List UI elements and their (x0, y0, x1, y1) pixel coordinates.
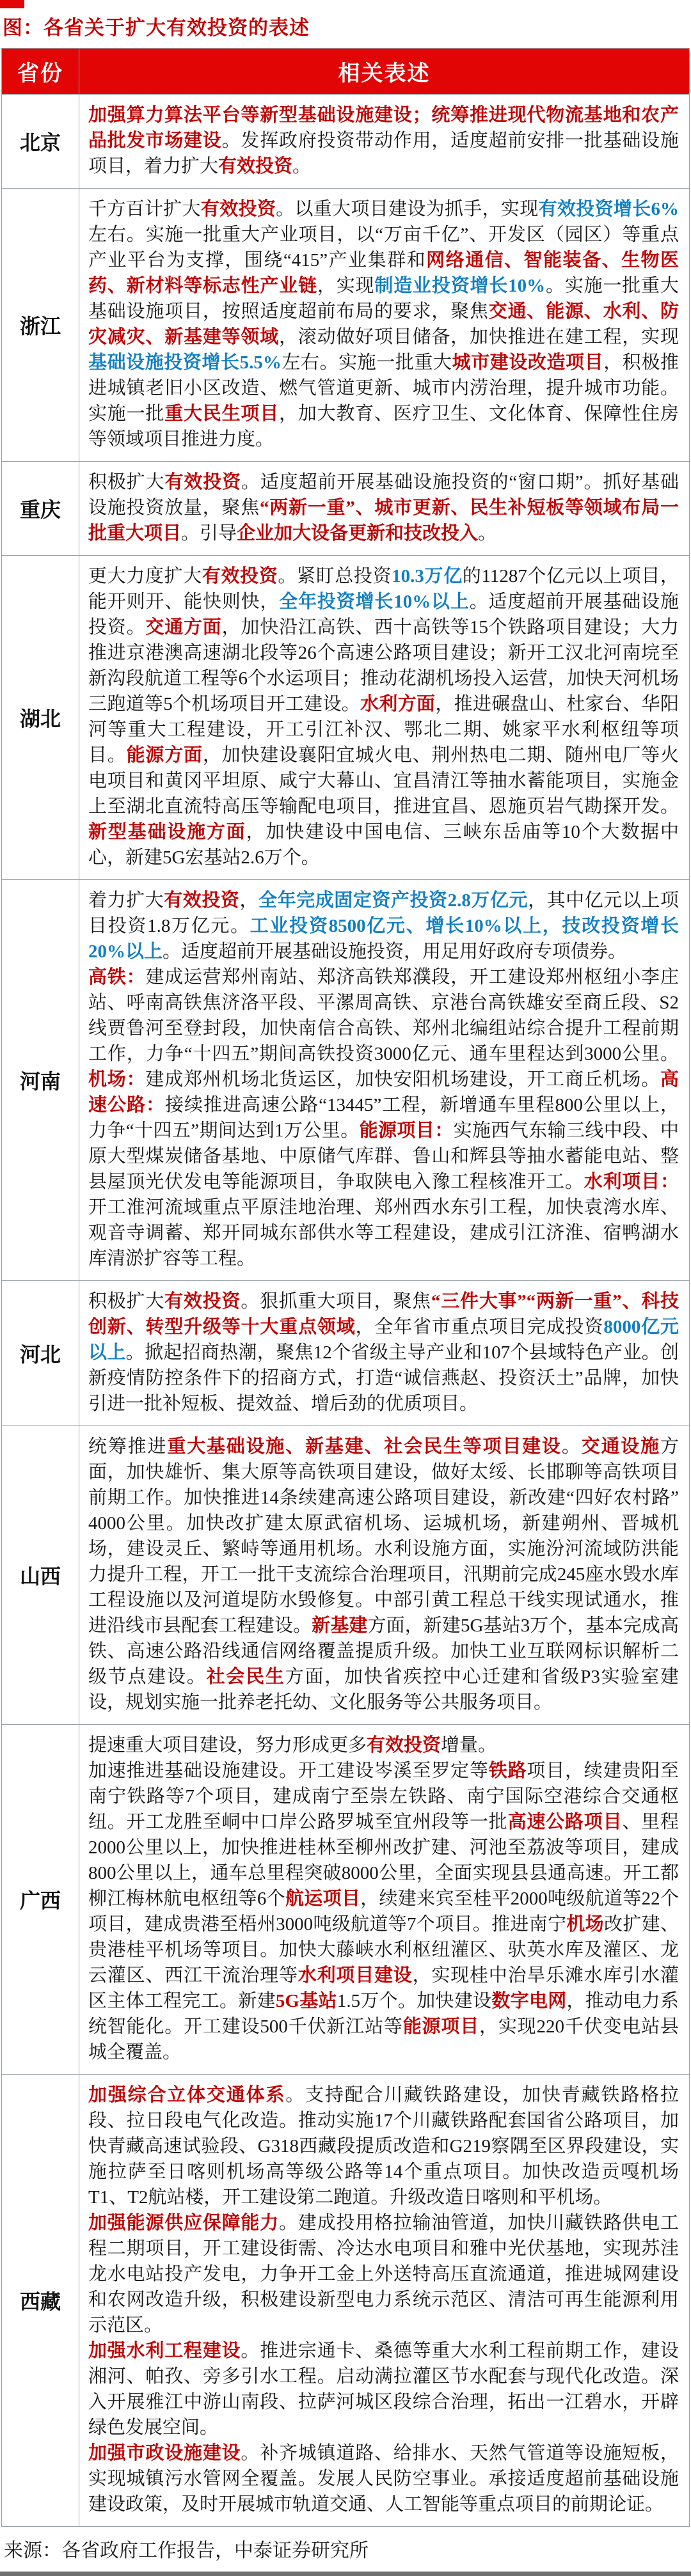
text-segment: 企业加大设备更新和技改投入 (237, 523, 478, 544)
text-segment: 。以重大项目建设为抓手，实现 (276, 199, 538, 219)
statement-cell: 加强算力算法平台等新型基础设施建设；统筹推进现代物流基地和农产品批发市场建设。发… (79, 95, 690, 189)
text-segment: 有效投资 (164, 890, 239, 911)
text-segment: 有效投资 (165, 472, 242, 492)
text-segment: 高铁： (88, 967, 145, 987)
text-segment: 加强能源供应保障能力 (88, 2213, 279, 2233)
text-segment: 加速推进基础设施建设。开工建设岑溪至罗定等 (88, 1761, 489, 1781)
text-segment: 交通方面 (145, 617, 221, 638)
text-segment: 水利项目： (584, 1172, 679, 1192)
text-segment: 。紧盯总投资 (278, 566, 392, 586)
province-cell: 山西 (2, 1426, 79, 1725)
text-segment: 千方百计扩大 (88, 199, 201, 219)
statement-cell: 积极扩大有效投资。狠抓重大项目，聚焦“三件大事”“两新一重”、科技创新、转型升级… (79, 1281, 690, 1426)
text-segment: 10.3万亿 (392, 566, 463, 586)
table-row: 河北积极扩大有效投资。狠抓重大项目，聚焦“三件大事”“两新一重”、科技创新、转型… (2, 1281, 690, 1426)
table-row: 浙江千方百计扩大有效投资。以重大项目建设为抓手，实现有效投资增长6%左右。实施一… (2, 189, 690, 462)
text-segment: 航运项目 (285, 1889, 360, 1909)
province-cell: 重庆 (2, 462, 79, 556)
province-cell: 河南 (2, 880, 79, 1281)
text-segment: 全年投资增长10%以上 (279, 592, 469, 612)
text-segment: 城市建设改造项目 (452, 352, 604, 373)
text-segment: 高速公路项目 (508, 1812, 623, 1832)
text-segment: 加强水利工程建设 (88, 2341, 241, 2361)
statement-paragraph: 积极扩大有效投资。适度超前开展基础设施投资的“窗口期”。抓好基础设施投资放量，聚… (88, 469, 679, 546)
text-segment: 能源方面 (127, 745, 203, 766)
corner-red-chip (0, 0, 24, 8)
text-segment: 提速重大项目建设，努力形成更多 (88, 1735, 367, 1755)
text-segment: 有效投资 (201, 199, 276, 219)
text-segment: 有效投资 (164, 1291, 241, 1312)
text-segment: 交通设施 (582, 1436, 660, 1457)
statement-paragraph: 着力扩大有效投资，全年完成固定资产投资2.8万亿元，其中亿元以上项目投资1.8万… (88, 888, 679, 964)
statement-paragraph: 加强算力算法平台等新型基础设施建设；统筹推进现代物流基地和农产品批发市场建设。发… (88, 102, 679, 179)
text-segment: 新型基础设施方面 (88, 822, 246, 842)
text-segment: 全年完成固定资产投资2.8万亿元 (258, 890, 528, 911)
statement-paragraph: 加强水利工程建设。推进宗通卡、桑德等重大水利工程前期工作，建设湘河、帕孜、旁多引… (88, 2338, 679, 2440)
statement-paragraph: 积极扩大有效投资。狠抓重大项目，聚焦“三件大事”“两新一重”、科技创新、转型升级… (88, 1289, 679, 1417)
statement-paragraph: 加强综合立体交通体系。支持配合川藏铁路建设，加快青藏铁路格拉段、拉日段电气化改造… (88, 2082, 679, 2210)
text-segment: 有效投资 (367, 1735, 441, 1755)
text-segment: ，实现 (317, 276, 374, 296)
statement-paragraph: 加速推进基础设施建设。开工建设岑溪至罗定等铁路项目，续建贵阳至南宁铁路等7个项目… (88, 1758, 679, 2065)
text-segment: ， (239, 890, 258, 911)
text-segment: 。掀起招商热潮，聚焦12个省级主导产业和107个县域特色产业。创新疫情防控条件下… (88, 1342, 679, 1414)
text-segment: 水利项目建设 (298, 1965, 413, 1986)
source-note: 来源：各省政府工作报告，中泰证券研究所 (0, 2527, 691, 2572)
text-segment: ，滚动做好项目储备，加快推进在建工程，实现 (279, 327, 679, 347)
text-segment: 。 (292, 156, 311, 177)
text-segment: 能源项目： (360, 1120, 454, 1141)
text-segment: 建成郑州机场北货运区，加快安阳机场建设，开工商丘机场。 (145, 1069, 660, 1090)
table-header: 省份 相关表述 (2, 49, 690, 95)
text-segment: 能源项目 (403, 2016, 479, 2037)
text-segment: 数字电网 (491, 1991, 566, 2011)
statement-cell: 统筹推进重大基础设施、新基建、社会民生等项目建设。交通设施方面，加快雄忻、集大原… (79, 1426, 690, 1725)
statement-cell: 加强综合立体交通体系。支持配合川藏铁路建设，加快青藏铁路格拉段、拉日段电气化改造… (79, 2075, 690, 2527)
statement-paragraph: 加强市政设施建设。补齐城镇道路、给排水、天然气管道等设施短板，实现城镇污水管网全… (88, 2440, 679, 2517)
text-segment: 重大基础设施、新基建、社会民生等项目建设 (167, 1436, 562, 1457)
table-body: 北京加强算力算法平台等新型基础设施建设；统筹推进现代物流基地和农产品批发市场建设… (2, 95, 690, 2527)
text-segment: 1.5万个。加快建设 (337, 1991, 492, 2011)
table-row: 北京加强算力算法平台等新型基础设施建设；统筹推进现代物流基地和农产品批发市场建设… (2, 95, 690, 189)
text-segment: 机场： (88, 1069, 145, 1090)
text-segment: 有效投资 (202, 566, 278, 586)
statements-table: 省份 相关表述 北京加强算力算法平台等新型基础设施建设；统筹推进现代物流基地和农… (1, 48, 690, 2527)
text-segment: 铁路 (489, 1761, 527, 1781)
text-segment: 。适度超前开展基础设施投资，用足用好政府专项债券。 (163, 941, 626, 962)
text-segment: 增量。 (441, 1735, 496, 1755)
text-segment: 新基建 (312, 1615, 367, 1636)
text-segment: 水利方面 (360, 694, 435, 714)
statement-paragraph: 更大力度扩大有效投资。紧盯总投资10.3万亿的11287个亿元以上项目，能开则开… (88, 563, 679, 870)
text-segment: 重大民生项目 (164, 404, 279, 424)
text-segment: 。 (478, 523, 496, 544)
province-cell: 北京 (2, 95, 79, 189)
column-header-statement: 相关表述 (79, 49, 690, 95)
text-segment: 。 (562, 1436, 582, 1457)
text-segment: 建成运营郑州南站、郑济高铁郑濮段，开工建设郑州枢纽小李庄站、呼南高铁焦济洛平段、… (88, 967, 679, 1064)
statement-cell: 提速重大项目建设，努力形成更多有效投资增量。加速推进基础设施建设。开工建设岑溪至… (79, 1725, 690, 2075)
text-segment: 制造业投资增长10% (374, 276, 545, 296)
text-segment: 方面，加快雄忻、集大原等高铁项目建设，做好太绥、长邯聊等高铁项目前期工作。加快推… (88, 1436, 679, 1636)
province-cell: 河北 (2, 1281, 79, 1426)
statement-cell: 千方百计扩大有效投资。以重大项目建设为抓手，实现有效投资增长6%左右。实施一批重… (79, 189, 690, 462)
column-header-province: 省份 (2, 49, 79, 95)
table-row: 西藏加强综合立体交通体系。支持配合川藏铁路建设，加快青藏铁路格拉段、拉日段电气化… (2, 2075, 690, 2527)
province-cell: 湖北 (2, 556, 79, 880)
text-segment: 统筹推进 (88, 1436, 167, 1457)
table-row: 河南着力扩大有效投资，全年完成固定资产投资2.8万亿元，其中亿元以上项目投资1.… (2, 880, 690, 1281)
text-segment: 。狠抓重大项目，聚焦 (241, 1291, 431, 1312)
text-segment: 左右。实施一批重大 (282, 352, 452, 373)
text-segment: 加强市政设施建设 (88, 2443, 241, 2463)
text-segment: 着力扩大 (88, 890, 164, 911)
statement-paragraph: 高铁：建成运营郑州南站、郑济高铁郑濮段，开工建设郑州枢纽小李庄站、呼南高铁焦济洛… (88, 964, 679, 1271)
text-segment: 5G基站 (276, 1991, 337, 2011)
table-row: 重庆积极扩大有效投资。适度超前开展基础设施投资的“窗口期”。抓好基础设施投资放量… (2, 462, 690, 556)
text-segment: 积极扩大 (88, 1291, 164, 1312)
statement-paragraph: 加强能源供应保障能力。建成投用格拉输油管道，加快川藏铁路供电工程二期项目，开工建… (88, 2210, 679, 2338)
statement-paragraph: 千方百计扩大有效投资。以重大项目建设为抓手，实现有效投资增长6%左右。实施一批重… (88, 196, 679, 452)
text-segment: ，全年省市重点项目完成投资 (356, 1317, 604, 1337)
statement-paragraph: 统筹推进重大基础设施、新基建、社会民生等项目建设。交通设施方面，加快雄忻、集大原… (88, 1434, 679, 1715)
page-title: 图：各省关于扩大有效投资的表述 (3, 12, 691, 40)
text-segment: 基础设施投资增长5.5% (88, 352, 282, 373)
text-segment: 。引导 (181, 523, 237, 544)
text-segment: 更大力度扩大 (88, 566, 202, 586)
province-cell: 广西 (2, 1725, 79, 2075)
table-row: 湖北更大力度扩大有效投资。紧盯总投资10.3万亿的11287个亿元以上项目，能开… (2, 556, 690, 880)
bottom-cropped-strip (0, 2572, 691, 2576)
text-segment: 机场 (566, 1914, 604, 1935)
province-cell: 西藏 (2, 2075, 79, 2527)
text-segment: 有效投资增长6% (539, 199, 679, 219)
statement-cell: 着力扩大有效投资，全年完成固定资产投资2.8万亿元，其中亿元以上项目投资1.8万… (79, 880, 690, 1281)
text-segment: 社会民生 (207, 1667, 285, 1687)
text-segment: 有效投资 (218, 156, 292, 177)
text-segment: 开工淮河流域重点平原洼地治理、郑州西水东引工程，加快袁湾水库、观音寺调蓄、郑开同… (88, 1197, 679, 1269)
province-cell: 浙江 (2, 189, 79, 462)
text-segment: 积极扩大 (88, 472, 165, 492)
text-segment: 加强综合立体交通体系 (88, 2085, 285, 2105)
statement-cell: 更大力度扩大有效投资。紧盯总投资10.3万亿的11287个亿元以上项目，能开则开… (79, 556, 690, 880)
statement-cell: 积极扩大有效投资。适度超前开展基础设施投资的“窗口期”。抓好基础设施投资放量，聚… (79, 462, 690, 556)
statement-paragraph: 提速重大项目建设，努力形成更多有效投资增量。 (88, 1732, 679, 1758)
table-row: 山西统筹推进重大基础设施、新基建、社会民生等项目建设。交通设施方面，加快雄忻、集… (2, 1426, 690, 1725)
table-row: 广西提速重大项目建设，努力形成更多有效投资增量。加速推进基础设施建设。开工建设岑… (2, 1725, 690, 2075)
